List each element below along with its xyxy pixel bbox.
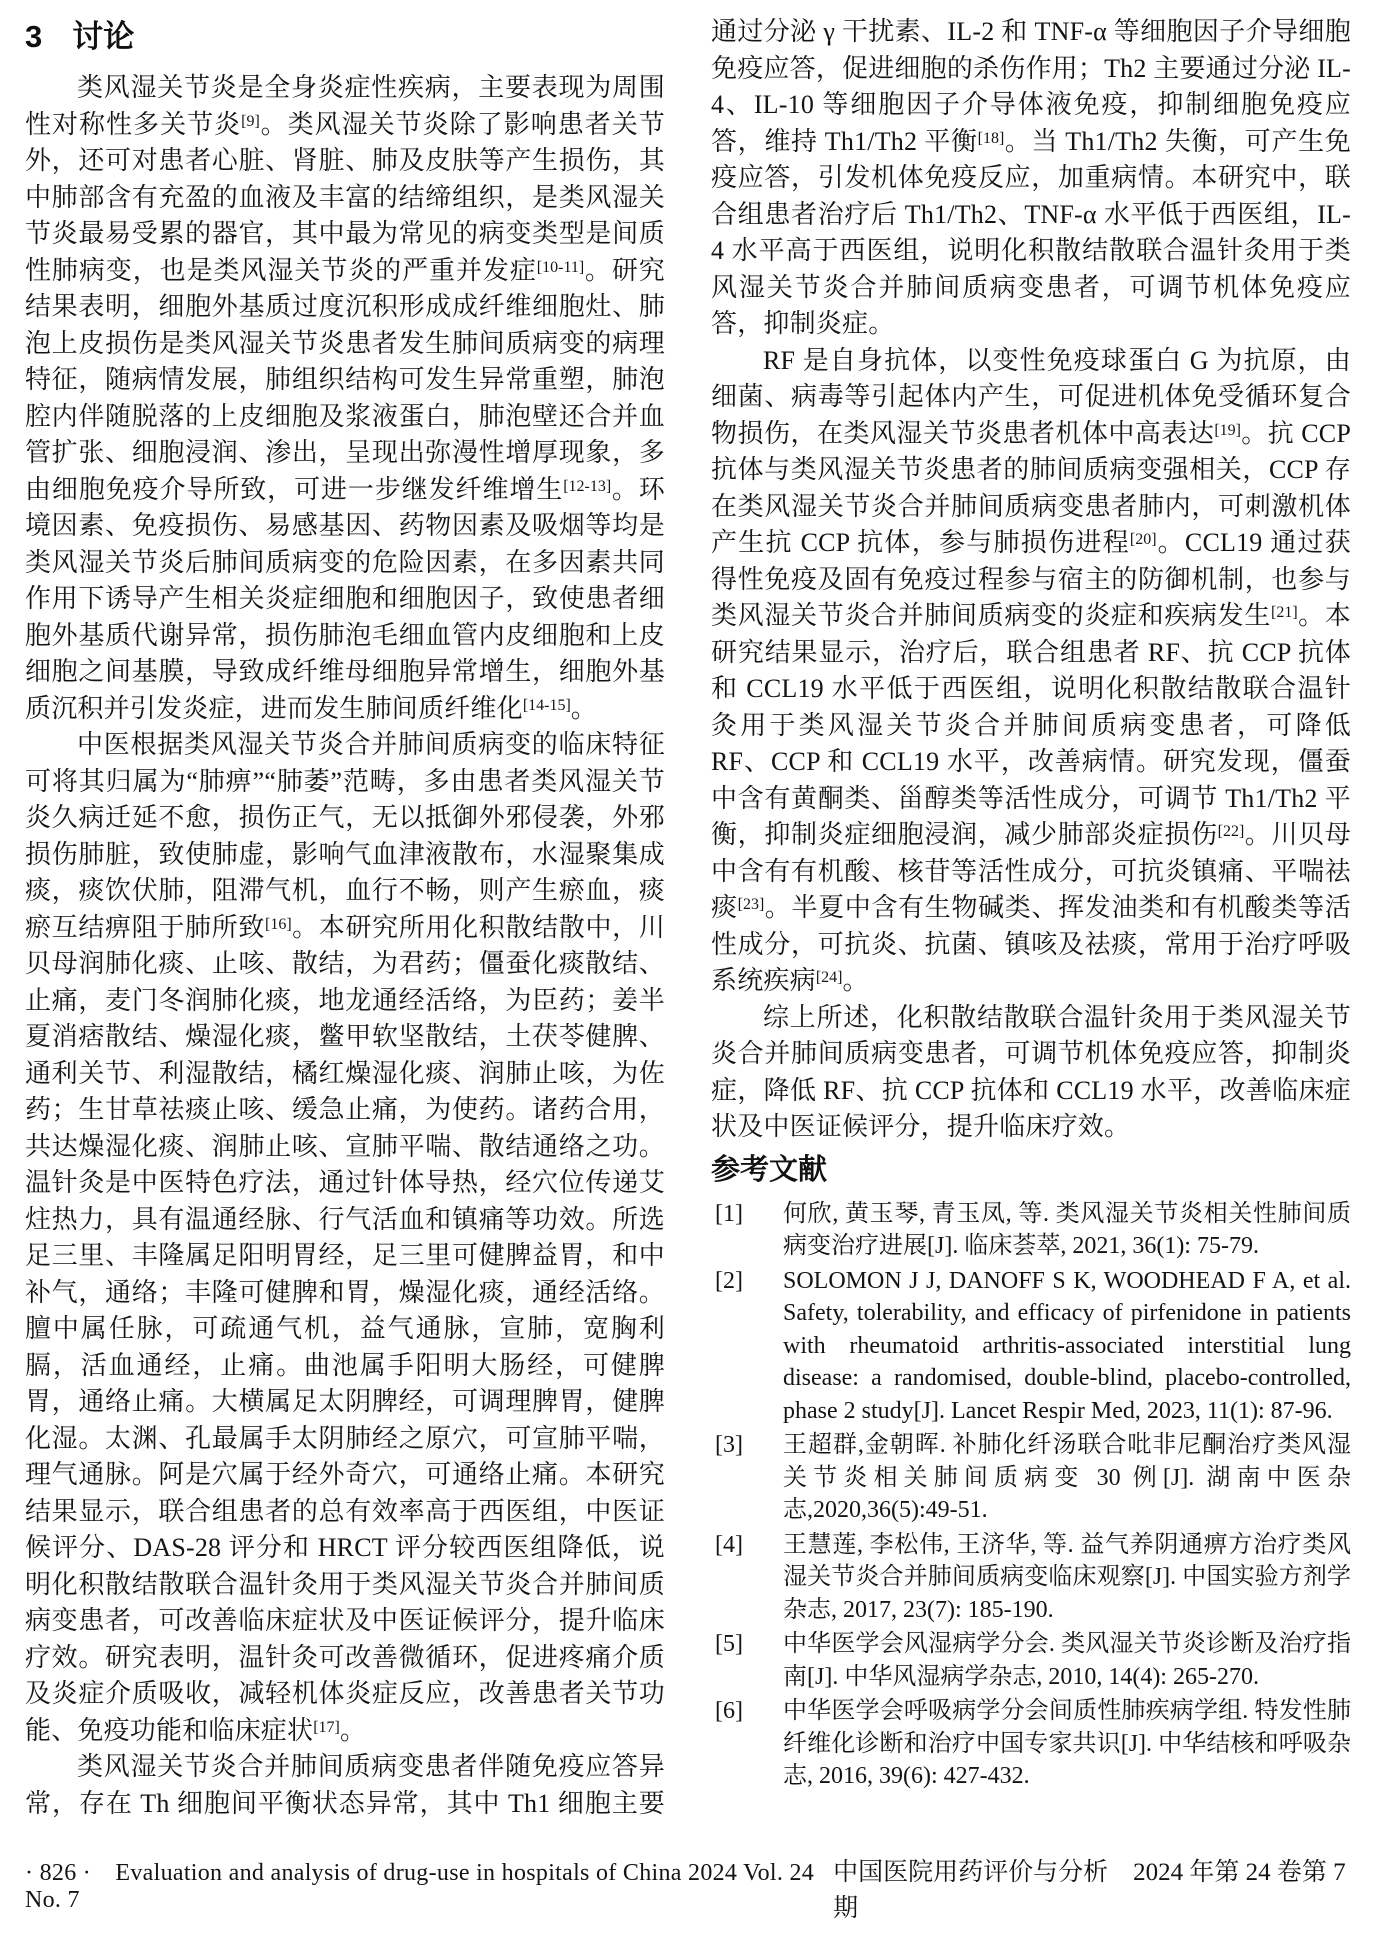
- reference-number: [3]: [715, 1429, 743, 1462]
- reference-item: [6]中华医学会呼吸病学分会间质性肺疾病学组. 特发性肺纤维化诊断和治疗中国专家…: [711, 1695, 1351, 1793]
- references-heading: 参考文献: [711, 1148, 1351, 1192]
- page-footer: · 826 · Evaluation and analysis of drug-…: [25, 1852, 1350, 1924]
- section-title: 讨论: [72, 19, 134, 54]
- reference-number: [1]: [715, 1198, 743, 1231]
- discussion-paragraph-2: 中医根据类风湿关节炎合并肺间质病变的临床特征可将其归属为“肺痹”“肺萎”范畴，多…: [25, 727, 665, 1749]
- reference-number: [4]: [715, 1529, 743, 1562]
- citation-superscript: [19]: [1214, 422, 1241, 439]
- section-heading: 3讨论: [25, 14, 665, 60]
- reference-text: 王超群,金朝晖. 补肺化纤汤联合吡非尼酮治疗类风湿关节炎相关肺间质病变 30 例…: [783, 1432, 1351, 1523]
- reference-item: [1]何欣, 黄玉琴, 青玉凤, 等. 类风湿关节炎相关性肺间质病变治疗进展[J…: [711, 1198, 1351, 1263]
- reference-text: 中华医学会风湿病学分会. 类风湿关节炎诊断及治疗指南[J]. 中华风湿病学杂志,…: [783, 1631, 1351, 1690]
- journal-page: 3讨论 类风湿关节炎是全身炎症性疾病，主要表现为周围性对称性多关节炎[9]。类风…: [0, 0, 1375, 1940]
- reference-text: 中华医学会呼吸病学分会间质性肺疾病学组. 特发性肺纤维化诊断和治疗中国专家共识[…: [783, 1698, 1351, 1789]
- citation-superscript: [21]: [1271, 604, 1298, 621]
- citation-superscript: [14-15]: [523, 697, 571, 714]
- reference-item: [4]王慧莲, 李松伟, 王济华, 等. 益气养阴通痹方治疗类风湿关节炎合并肺间…: [711, 1529, 1351, 1627]
- reference-number: [2]: [715, 1265, 743, 1298]
- citation-superscript: [17]: [313, 1719, 340, 1736]
- discussion-paragraph-4: RF 是自身抗体，以变性免疫球蛋白 G 为抗原，由细菌、病毒等引起体内产生，可促…: [711, 343, 1351, 1000]
- citation-superscript: [23]: [738, 896, 765, 913]
- reference-item: [3]王超群,金朝晖. 补肺化纤汤联合吡非尼酮治疗类风湿关节炎相关肺间质病变 3…: [711, 1429, 1351, 1527]
- footer-left-page-info: · 826 · Evaluation and analysis of drug-…: [25, 1852, 833, 1914]
- citation-superscript: [24]: [816, 969, 843, 986]
- reference-text: SOLOMON J J, DANOFF S K, WOODHEAD F A, e…: [783, 1268, 1351, 1424]
- reference-number: [5]: [715, 1628, 743, 1661]
- article-body: 3讨论 类风湿关节炎是全身炎症性疾病，主要表现为周围性对称性多关节炎[9]。类风…: [25, 14, 1351, 1856]
- citation-superscript: [22]: [1218, 823, 1245, 840]
- reference-number: [6]: [715, 1695, 743, 1728]
- section-number: 3: [25, 19, 42, 54]
- discussion-paragraph-5: 综上所述，化积散结散联合温针灸用于类风湿关节炎合并肺间质病变患者，可调节机体免疫…: [711, 1000, 1351, 1146]
- citation-superscript: [12-13]: [563, 478, 611, 495]
- reference-item: [2]SOLOMON J J, DANOFF S K, WOODHEAD F A…: [711, 1265, 1351, 1428]
- citation-superscript: [9]: [241, 113, 260, 130]
- reference-item: [5]中华医学会风湿病学分会. 类风湿关节炎诊断及治疗指南[J]. 中华风湿病学…: [711, 1628, 1351, 1693]
- citation-superscript: [18]: [978, 130, 1005, 147]
- reference-text: 何欣, 黄玉琴, 青玉凤, 等. 类风湿关节炎相关性肺间质病变治疗进展[J]. …: [783, 1201, 1351, 1260]
- citation-superscript: [20]: [1130, 531, 1157, 548]
- citation-superscript: [10-11]: [537, 259, 584, 276]
- citation-superscript: [16]: [265, 916, 292, 933]
- footer-right-journal-info: 中国医院用药评价与分析 2024 年第 24 卷第 7 期: [833, 1852, 1350, 1924]
- reference-text: 王慧莲, 李松伟, 王济华, 等. 益气养阴通痹方治疗类风湿关节炎合并肺间质病变…: [783, 1532, 1351, 1623]
- discussion-paragraph-1: 类风湿关节炎是全身炎症性疾病，主要表现为周围性对称性多关节炎[9]。类风湿关节炎…: [25, 70, 665, 727]
